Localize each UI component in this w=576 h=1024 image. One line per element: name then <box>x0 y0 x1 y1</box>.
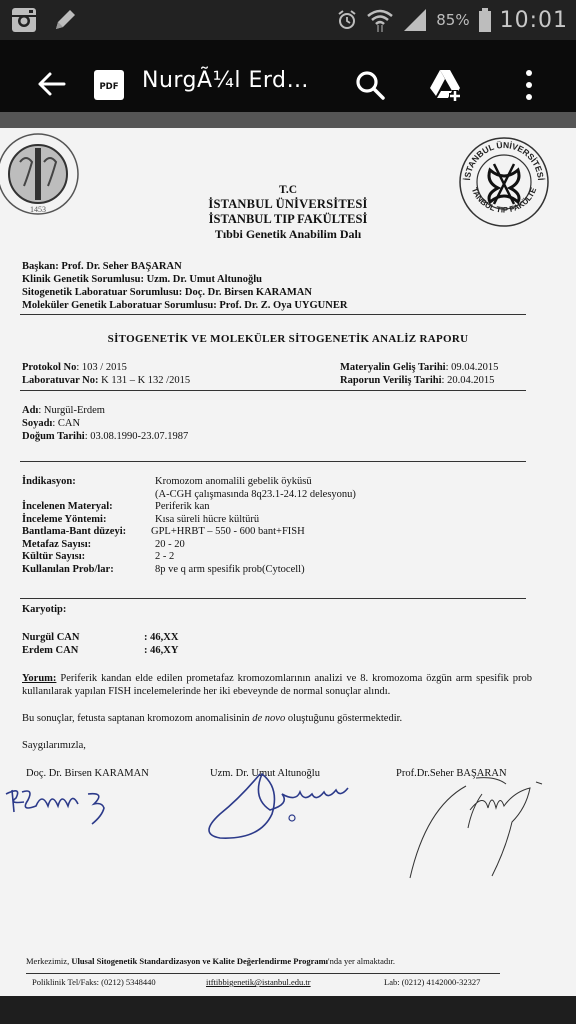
clock: 10:01 <box>500 8 568 33</box>
status-bar: 85% 10:01 <box>0 0 576 40</box>
detail-row: (A-CGH çalışmasında 8q23.1-24.12 delesyo… <box>22 489 356 502</box>
dob-value: : 03.08.1990-23.07.1987 <box>85 431 189 442</box>
lab-value: K 131 – K 132 /2015 <box>99 375 191 386</box>
google-drive-add-icon[interactable] <box>428 68 464 102</box>
lab-label: Laboratuvar No: <box>22 375 99 386</box>
footer-phone: Poliklinik Tel/Faks: (0212) 5348440 <box>32 977 156 987</box>
signature-altunoglu <box>190 768 390 848</box>
protocol-value: : 103 / 2015 <box>76 362 126 373</box>
pdf-page[interactable]: 1453 İSTANBUL ÜNİVERSİTESİ İSTANBUL TIP … <box>0 128 576 996</box>
detail-row: Kullanılan Prob/lar:8p ve q arm spesifik… <box>22 564 356 577</box>
arrow-left-icon[interactable] <box>34 67 68 101</box>
signature-karaman <box>2 778 152 838</box>
instagram-icon <box>10 6 38 34</box>
name-label: Adı <box>22 405 38 416</box>
battery-percent: 85% <box>436 11 469 29</box>
staff-line: Klinik Genetik Sorumlusu: Uzm. Dr. Umut … <box>22 273 347 286</box>
comment-text: Periferik kandan elde edilen prometafaz … <box>22 673 532 697</box>
header-tc: T.C <box>0 184 576 196</box>
surname-value: : CAN <box>52 418 80 429</box>
dates-block: Materyalin Geliş Tarihi: 09.04.2015 Rapo… <box>340 361 498 387</box>
signal-icon <box>402 7 428 33</box>
detail-row: Metafaz Sayısı:20 - 20 <box>22 539 356 552</box>
material-date-label: Materyalin Geliş Tarihi <box>340 362 446 373</box>
header-department: Tıbbi Genetik Anabilim Dalı <box>0 227 576 242</box>
divider <box>26 973 500 974</box>
divider <box>20 598 526 599</box>
karyotype-results: Nurgül CAN: 46,XX Erdem CAN: 46,XY <box>22 631 178 657</box>
pdf-file-icon: PDF <box>94 70 124 100</box>
search-icon[interactable] <box>354 69 386 101</box>
toolbar-divider <box>0 112 576 128</box>
analysis-details: İndikasyon:Kromozom anomalili gebelik öy… <box>22 476 356 576</box>
dob-label: Doğum Tarihi <box>22 431 85 442</box>
wifi-icon <box>366 7 394 33</box>
header-university: İSTANBUL ÜNİVERSİTESİ <box>0 197 576 212</box>
footer-lab-phone: Lab: (0212) 4142000-32327 <box>384 977 480 987</box>
material-date-value: : 09.04.2015 <box>446 362 499 373</box>
divider <box>20 461 526 462</box>
alarm-icon <box>336 9 358 31</box>
protocol-label: Protokol No <box>22 362 76 373</box>
report-title: SİTOGENETİK VE MOLEKÜLER SİTOGENETİK ANA… <box>0 333 576 345</box>
name-value: : Nurgül-Erdem <box>38 405 105 416</box>
program-footnote: Merkezimiz, Ulusal Sitogenetik Standardi… <box>26 956 395 966</box>
staff-line: Moleküler Genetik Laboratuar Sorumlusu: … <box>22 299 347 312</box>
document-title: NurgÃ¼l Erd… <box>142 68 309 93</box>
regards: Saygılarımızla, <box>22 740 86 751</box>
divider <box>20 314 526 315</box>
protocol-block: Protokol No: 103 / 2015 Laboratuvar No: … <box>22 361 190 387</box>
conclusion: Bu sonuçlar, fetusta saptanan kromozom a… <box>22 713 402 724</box>
comment-label: Yorum: <box>22 673 56 684</box>
report-date-value: : 20.04.2015 <box>442 375 495 386</box>
surname-label: Soyadı <box>22 418 52 429</box>
pencil-icon <box>52 7 78 33</box>
detail-row: İnceleme Yöntemi:Kısa süreli hücre kültü… <box>22 514 356 527</box>
staff-list: Başkan: Prof. Dr. Seher BAŞARAN Klinik G… <box>22 260 347 312</box>
footer-email-link[interactable]: itftibbigenetik@istanbul.edu.tr <box>206 977 311 987</box>
header-faculty: İSTANBUL TIP FAKÜLTESİ <box>0 212 576 227</box>
staff-line: Başkan: Prof. Dr. Seher BAŞARAN <box>22 260 347 273</box>
comment-paragraph: Yorum: Periferik kandan elde edilen prom… <box>22 672 532 698</box>
karyotype-row: Nurgül CAN: 46,XX <box>22 631 178 644</box>
detail-row: Bantlama-Bant düzeyi:GPL+HRBT – 550 - 60… <box>22 526 356 539</box>
karyotype-heading: Karyotip: <box>22 604 66 615</box>
detail-row: İncelenen Materyal:Periferik kan <box>22 501 356 514</box>
report-date-label: Raporun Veriliş Tarihi <box>340 375 442 386</box>
bottom-background <box>0 996 576 1024</box>
battery-icon <box>478 7 492 33</box>
divider <box>20 390 526 391</box>
patient-block: Adı: Nurgül-Erdem Soyadı: CAN Doğum Tari… <box>22 404 188 443</box>
signature-basaran <box>396 768 566 888</box>
more-vert-icon[interactable] <box>522 68 536 102</box>
detail-row: İndikasyon:Kromozom anomalili gebelik öy… <box>22 476 356 489</box>
detail-row: Kültür Sayısı:2 - 2 <box>22 551 356 564</box>
karyotype-row: Erdem CAN: 46,XY <box>22 644 178 657</box>
staff-line: Sitogenetik Laboratuar Sorumlusu: Doç. D… <box>22 286 347 299</box>
